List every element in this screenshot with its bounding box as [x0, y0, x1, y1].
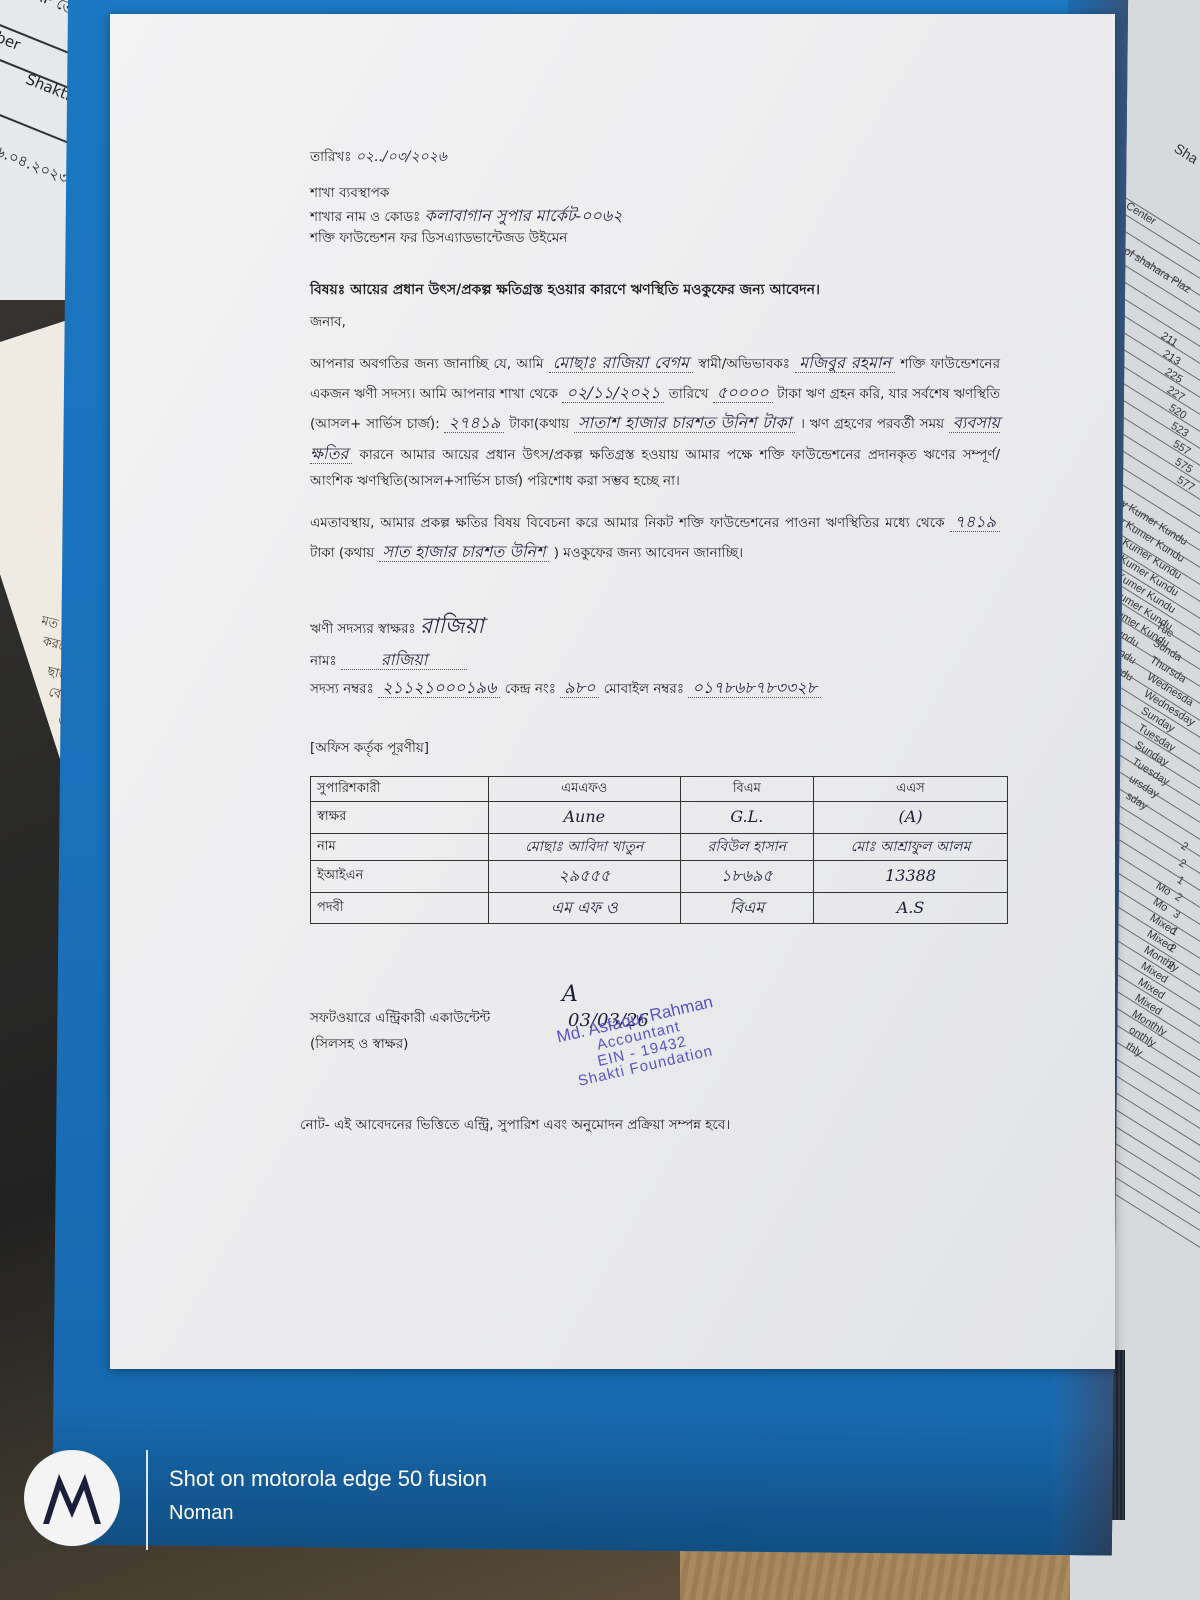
branch-label: শাখার নাম ও কোডঃ: [310, 209, 420, 225]
outstanding-amount-field: ২৭৪১৯: [444, 413, 504, 433]
watermark-divider: [146, 1450, 148, 1550]
ein-cell: ২৯৫৫৫: [489, 861, 681, 892]
paragraph-1: আপনার অবগতির জন্য জানাচ্ছি যে, আমি মোছাঃ…: [310, 348, 1000, 495]
waiver-amount-field: ৭৪১৯: [950, 512, 1000, 532]
table-row: ইআইএন ২৯৫৫৫ ১৮৬৯৫ 13388: [311, 861, 1008, 892]
member-name-field: মোছাঃ রাজিয়া বেগম: [549, 353, 693, 373]
table-header: এমএফও: [489, 776, 681, 802]
designation-cell: এম এফ ও: [489, 892, 681, 923]
text: আপনার অবগতির জন্য জানাচ্ছি যে, আমি: [310, 356, 543, 372]
date-line: তারিখঃ ০২../০৩/২০২৬: [310, 144, 1000, 171]
signature-cell: (A): [814, 802, 1008, 833]
text: তারিখে: [669, 386, 709, 402]
name-cell: মোঃ আশ্রাফুল আলম: [814, 833, 1008, 861]
table-header: এএস: [814, 776, 1008, 802]
signature-label: ঋণী সদস্যর স্বাক্ষরঃ: [310, 621, 416, 637]
text: । ঋণ গ্রহণের পরবর্তী সময়: [800, 416, 944, 432]
watermark-author: Noman: [169, 1502, 233, 1525]
outstanding-words-field: সাতাশ হাজার চারশত উনিশ টাকা: [574, 413, 795, 433]
recipient-title: শাখা ব্যবস্থাপক: [310, 183, 1000, 204]
member-signature-block: ঋণী সদস্যর স্বাক্ষরঃ রাজিয়া নামঃ রাজিয়…: [310, 608, 1000, 703]
table-row: স্বাক্ষর Aune G.L. (A): [311, 802, 1008, 833]
text: টাকা(কথায়: [509, 416, 569, 432]
document-body: তারিখঃ ০২../০৩/২০২৬ শাখা ব্যবস্থাপক শাখা…: [310, 144, 1000, 924]
text: এমতাবস্থায়, আমার প্রকল্প ক্ষতির বিষয় ব…: [310, 515, 945, 531]
text: ) মওকুফের জন্য আবেদন জানাচ্ছি।: [554, 545, 743, 561]
table-row: নাম মোছাঃ আবিদা খাতুন রবিউল হাসান মোঃ আশ…: [311, 833, 1008, 861]
camera-watermark: Shot on motorola edge 50 fusion Noman: [24, 1450, 624, 1560]
date-label: তারিখঃ: [310, 149, 351, 165]
branch-value: কলাবাগান সুপার মার্কেট-০০৬২: [425, 206, 623, 225]
accountant-instruction: (সিলসহ ও স্বাক্ষর): [310, 1032, 490, 1058]
designation-cell: A.S: [814, 892, 1008, 923]
loan-amount-field: ৫০০০০: [713, 383, 773, 403]
text: টাকা (কথায়: [310, 545, 374, 561]
member-name-value: রাজিয়া: [341, 650, 467, 670]
organization-name: শক্তি ফাউন্ডেশন ফর ডিসএ্যাডভান্টেজড উইমে…: [310, 228, 1000, 249]
member-signature: রাজিয়া: [420, 614, 484, 639]
signature-cell: G.L.: [680, 802, 814, 833]
table-header-row: সুপারিশকারী এমএফও বিএম এএস: [311, 776, 1008, 802]
table-row: পদবী এম এফ ও বিএম A.S: [311, 892, 1008, 923]
member-name-line: নামঃ রাজিয়া: [310, 646, 1000, 674]
table-header: সুপারিশকারী: [311, 776, 489, 802]
table-header: বিএম: [680, 776, 814, 802]
date-value: ০২../০৩/২০২৬: [356, 149, 447, 165]
row-label: স্বাক্ষর: [311, 802, 489, 833]
salutation: জনাব,: [310, 310, 1000, 336]
watermark-device: Shot on motorola edge 50 fusion: [169, 1466, 487, 1492]
note-text: নোট- এই আবেদনের ভিত্তিতে এন্ট্রি, সুপারি…: [300, 1114, 730, 1137]
designation-cell: বিএম: [680, 892, 814, 923]
recipient-address: শাখা ব্যবস্থাপক শাখার নাম ও কোডঃ কলাবাগা…: [310, 183, 1000, 250]
office-recommendation-table: সুপারিশকারী এমএফও বিএম এএস স্বাক্ষর Aune…: [310, 776, 1008, 924]
member-no-label: সদস্য নম্বরঃ: [310, 681, 374, 697]
name-label: নামঃ: [310, 653, 337, 669]
office-use-label: [অফিস কর্তৃক পূরণীয়]: [310, 736, 1000, 762]
application-document: তারিখঃ ০২../০৩/২০২৬ শাখা ব্যবস্থাপক শাখা…: [110, 14, 1115, 1369]
row-label: পদবী: [311, 892, 489, 923]
name-cell: মোছাঃ আবিদা খাতুন: [489, 833, 681, 861]
accountant-block: সফটওয়ারে এন্ট্রিকারী একাউন্টেন্ট (সিলসহ…: [310, 984, 1000, 1124]
branch-line: শাখার নাম ও কোডঃ কলাবাগান সুপার মার্কেট-…: [310, 204, 1000, 229]
guardian-name-field: মজিবুর রহমান: [795, 353, 895, 373]
accountant-label: সফটওয়ারে এন্ট্রিকারী একাউন্টেন্ট (সিলসহ…: [310, 1006, 490, 1057]
paragraph-2: এমতাবস্থায়, আমার প্রকল্প ক্ষতির বিষয় ব…: [310, 507, 1000, 568]
motorola-logo-icon: [24, 1450, 120, 1546]
accountant-title: সফটওয়ারে এন্ট্রিকারী একাউন্টেন্ট: [310, 1006, 490, 1032]
row-label: ইআইএন: [311, 861, 489, 892]
bg-text: Sha: [1172, 140, 1200, 167]
name-cell: রবিউল হাসান: [680, 833, 814, 861]
subject-line: বিষয়ঃ আয়ের প্রধান উৎস/প্রকল্প ক্ষতিগ্র…: [310, 277, 1000, 304]
loan-date-field: ০২/১১/২০২১: [562, 383, 664, 403]
mobile-label: মোবাইল নম্বরঃ: [604, 681, 684, 697]
mobile-value: ০১৭৮৬৮৭৮৩৩২৮: [688, 678, 821, 698]
center-value: ৯৮০: [560, 678, 599, 698]
text: কারনে আমার আয়ের প্রধান উৎস/প্রকল্প ক্ষত…: [310, 447, 1000, 489]
member-signature-line: ঋণী সদস্যর স্বাক্ষরঃ রাজিয়া: [310, 608, 1000, 647]
signature-cell: Aune: [489, 802, 681, 833]
member-details-line: সদস্য নম্বরঃ ২১১২১০০০১৯৬ কেন্দ্র নংঃ ৯৮০…: [310, 674, 1000, 702]
ein-cell: 13388: [814, 861, 1008, 892]
text: স্বামী/অভিভাবকঃ: [698, 356, 790, 372]
ein-cell: ১৮৬৯৫: [680, 861, 814, 892]
member-no-value: ২১১২১০০০১৯৬: [378, 678, 500, 698]
waiver-words-field: সাত হাজার চারশত উনিশ: [379, 542, 550, 562]
row-label: নাম: [311, 833, 489, 861]
center-label: কেন্দ্র নংঃ: [505, 681, 556, 697]
